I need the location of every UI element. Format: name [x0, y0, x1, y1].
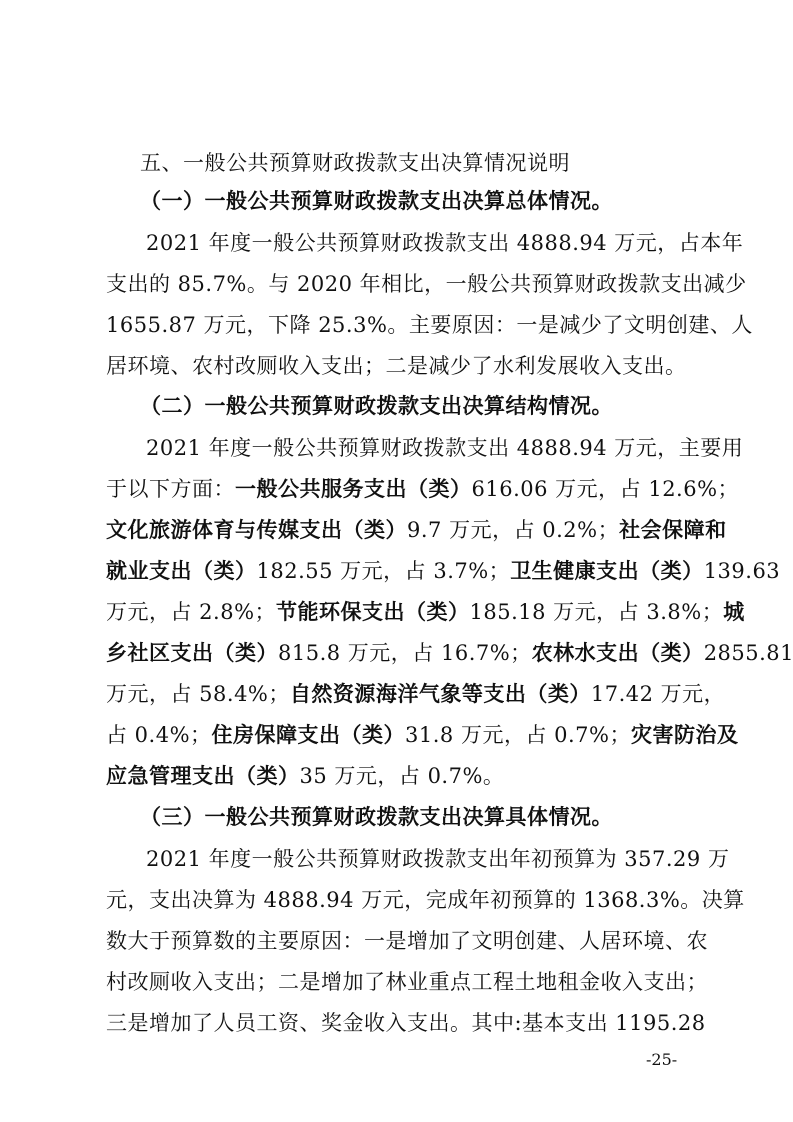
text: 139.63	[704, 559, 780, 583]
category-label: 卫生健康支出（类）	[510, 559, 704, 583]
text: 185.18 万元，占 3.8%；	[470, 600, 724, 624]
paragraph-line: 2021 年度一般公共预算财政拨款支出年初预算为 357.29 万	[146, 846, 692, 872]
text: 9.7 万元，占 0.2%；	[407, 518, 619, 542]
category-label: 社会保障和	[619, 518, 727, 542]
paragraph-line: 占 0.4%；住房保障支出（类）31.8 万元，占 0.7%；灾害防治及	[106, 722, 692, 748]
text: 616.06 万元，占 12.6%；	[472, 477, 740, 501]
category-label: 住房保障支出（类）	[212, 723, 406, 747]
text: 占 0.4%；	[106, 723, 212, 747]
category-label: 文化旅游体育与传媒支出（类）	[106, 518, 407, 542]
text: 31.8 万元，占 0.7%；	[405, 723, 631, 747]
page-number: -25-	[646, 1050, 677, 1069]
text: 万元，占 58.4%；	[106, 682, 290, 706]
text: 万元，占 2.8%；	[106, 600, 276, 624]
category-label: 应急管理支出（类）	[106, 764, 300, 788]
text: 815.8 万元，占 16.7%；	[278, 641, 532, 665]
category-label: 节能环保支出（类）	[276, 600, 470, 624]
category-label: 乡社区支出（类）	[106, 641, 278, 665]
paragraph-line: 居环境、农村改厕收入支出；二是减少了水利发展收入支出。	[106, 353, 692, 379]
paragraph-line: 三是增加了人员工资、奖金收入支出。其中:基本支出 1195.28	[106, 1010, 692, 1036]
paragraph-line: 数大于预算数的主要原因：一是增加了文明创建、人居环境、农	[106, 928, 692, 954]
category-label: 一般公共服务支出（类）	[235, 477, 472, 501]
subsection-2-heading: （二）一般公共预算财政拨款支出决算结构情况。	[140, 393, 726, 419]
category-label: 城	[723, 600, 745, 624]
subsection-3-heading: （三）一般公共预算财政拨款支出决算具体情况。	[140, 804, 726, 830]
section-title: 五、一般公共预算财政拨款支出决算情况说明	[140, 150, 726, 176]
paragraph-line: 万元，占 58.4%；自然资源海洋气象等支出（类）17.42 万元，	[106, 681, 692, 707]
category-label: 灾害防治及	[631, 723, 739, 747]
text: 2855.81	[704, 641, 793, 665]
text: 182.55 万元，占 3.7%；	[257, 559, 511, 583]
category-label: 农林水支出（类）	[532, 641, 704, 665]
paragraph-line: 支出的 85.7%。与 2020 年相比，一般公共预算财政拨款支出减少	[106, 271, 692, 297]
paragraph-line: 村改厕收入支出；二是增加了林业重点工程土地租金收入支出；	[106, 969, 692, 995]
paragraph-line: 于以下方面：一般公共服务支出（类）616.06 万元，占 12.6%；	[106, 476, 692, 502]
document-page: 五、一般公共预算财政拨款支出决算情况说明 （一）一般公共预算财政拨款支出决算总体…	[0, 0, 793, 1122]
paragraph-line: 1655.87 万元，下降 25.3%。主要原因：一是减少了文明创建、人	[106, 312, 692, 338]
category-label: 就业支出（类）	[106, 559, 257, 583]
text: 17.42 万元，	[591, 682, 725, 706]
paragraph-line: 元，支出决算为 4888.94 万元，完成年初预算的 1368.3%。决算	[106, 887, 692, 913]
paragraph-line: 就业支出（类）182.55 万元，占 3.7%；卫生健康支出（类）139.63	[106, 558, 692, 584]
paragraph-line: 2021 年度一般公共预算财政拨款支出 4888.94 万元，占本年	[146, 230, 692, 256]
paragraph-line: 乡社区支出（类）815.8 万元，占 16.7%；农林水支出（类）2855.81	[106, 640, 692, 666]
paragraph-line: 应急管理支出（类）35 万元，占 0.7%。	[106, 763, 692, 789]
paragraph-line: 万元，占 2.8%；节能环保支出（类）185.18 万元，占 3.8%；城	[106, 599, 692, 625]
text: 于以下方面：	[106, 477, 235, 501]
subsection-1-heading: （一）一般公共预算财政拨款支出决算总体情况。	[140, 188, 726, 214]
paragraph-line: 文化旅游体育与传媒支出（类）9.7 万元，占 0.2%；社会保障和	[106, 517, 692, 543]
category-label: 自然资源海洋气象等支出（类）	[290, 682, 591, 706]
text: 35 万元，占 0.7%。	[300, 764, 505, 788]
paragraph-line: 2021 年度一般公共预算财政拨款支出 4888.94 万元，主要用	[146, 435, 692, 461]
